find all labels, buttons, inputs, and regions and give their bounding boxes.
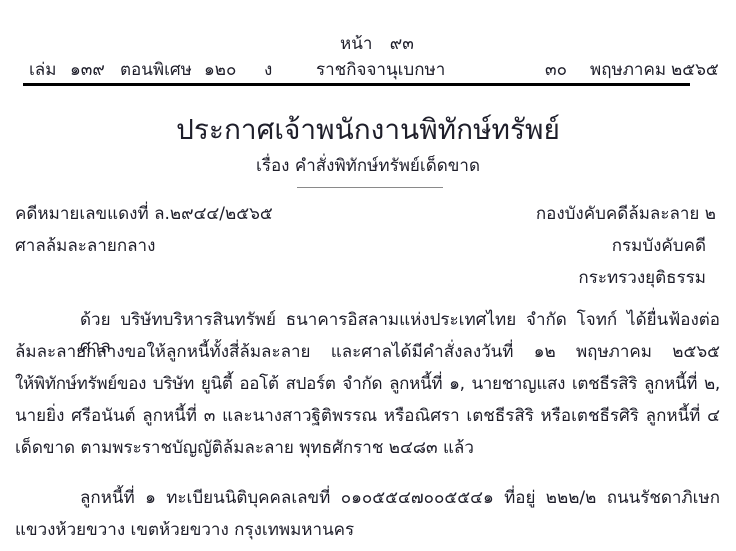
title-divider bbox=[297, 187, 443, 188]
document-subject: เรื่อง คำสั่งพิทักษ์ทรัพย์เด็ดขาด bbox=[0, 152, 736, 179]
paragraph-2-line: แขวงห้วยขวาง เขตห้วยขวาง กรุงเทพมหานคร bbox=[15, 516, 354, 543]
issuer-line-3: กระทรวงยุติธรรม bbox=[578, 264, 706, 291]
gazette-header-row: เล่ม ๑๓๙ ตอนพิเศษ ๑๒๐ ง ราชกิจจานุเบกษา … bbox=[25, 56, 725, 82]
page-number-value: ๙๓ bbox=[390, 34, 414, 54]
section-label: ตอนพิเศษ bbox=[120, 56, 192, 83]
section-suffix: ง bbox=[264, 56, 272, 83]
paragraph-1-line: นายยิ่ง ศรีอนันต์ ลูกหนี้ที่ ๓ และนางสาว… bbox=[15, 402, 720, 429]
date-month: พฤษภาคม bbox=[590, 56, 666, 83]
paragraph-1-line: ล้มละลายกลางขอให้ลูกหนี้ทั้งสี่ล้มละลาย … bbox=[15, 338, 720, 365]
paragraph-1-line: เด็ดขาด ตามพระราชบัญญัติล้มละลาย พุทธศัก… bbox=[15, 434, 474, 461]
paragraph-1-line: ให้พิทักษ์ทรัพย์ของ บริษัท ยูนิตี้ ออโต้… bbox=[15, 370, 720, 397]
section-number: ๑๒๐ bbox=[204, 56, 236, 83]
header-rule bbox=[23, 83, 359, 86]
court-name: ศาลล้มละลายกลาง bbox=[15, 232, 155, 259]
header-rule-right bbox=[359, 83, 690, 86]
date-year: ๒๕๖๕ bbox=[671, 56, 719, 83]
document-title: ประกาศเจ้าพนักงานพิทักษ์ทรัพย์ bbox=[0, 108, 736, 152]
date-day: ๓๐ bbox=[545, 56, 567, 83]
issuer-line-2: กรมบังคับคดี bbox=[612, 232, 706, 259]
gazette-name: ราชกิจจานุเบกษา bbox=[316, 56, 445, 83]
page-label: หน้า bbox=[340, 34, 372, 54]
case-number: คดีหมายเลขแดงที่ ล.๒๙๔๔/๒๕๖๕ bbox=[15, 200, 273, 227]
volume-label: เล่ม bbox=[29, 56, 56, 83]
paragraph-2-line: ลูกหนี้ที่ ๑ ทะเบียนนิติบุคคลเลขที่ ๐๑๐๕… bbox=[80, 484, 720, 511]
volume-number: ๑๓๙ bbox=[70, 56, 105, 83]
page-number: หน้า ๙๓ bbox=[340, 30, 414, 57]
issuer-line-1: กองบังคับคดีล้มละลาย ๒ bbox=[536, 200, 716, 227]
